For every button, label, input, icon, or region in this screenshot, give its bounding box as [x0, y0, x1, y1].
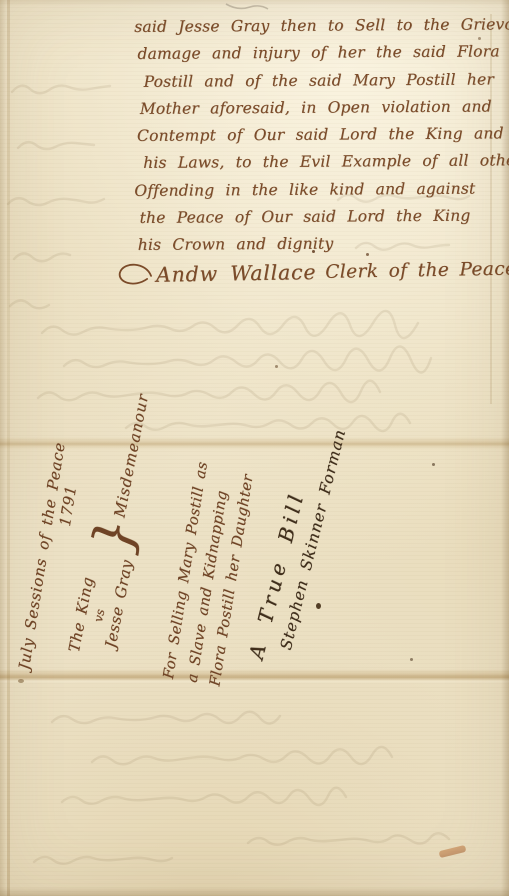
- fold-line-horizontal-lower: [0, 669, 509, 684]
- clerk-signature-name: Andw Wallace: [156, 260, 317, 287]
- docket-session-line: July Sessions of the Peace: [14, 441, 71, 672]
- indictment-line: Offending in the like kind and against: [134, 175, 509, 205]
- ink-speck: [410, 658, 413, 661]
- clerk-signature-title: Clerk of the Peace: [325, 258, 509, 282]
- clerk-signature: Andw Wallace Clerk of the Peace: [114, 252, 509, 291]
- paper-edge-top: [0, 0, 509, 6]
- ink-blot: [316, 603, 321, 609]
- indictment-line: damage and injury of her the said Flora: [137, 38, 509, 68]
- indictment-line: Mother aforesaid, in Open violation and: [140, 93, 509, 123]
- ink-speck: [432, 463, 435, 466]
- docket-charge-type: Misdemeanour: [110, 392, 152, 519]
- signature-flourish-icon: [114, 259, 155, 292]
- document-page: said Jesse Gray then to Sell to the Grie…: [0, 0, 509, 896]
- indictment-line: the Peace of Our said Lord the King: [139, 202, 509, 232]
- indictment-body: said Jesse Gray then to Sell to the Grie…: [0, 11, 509, 260]
- docket-verdict: A True Bill Stephen Skinner Forman: [241, 419, 352, 668]
- rust-stain: [439, 845, 467, 858]
- docket-case-parties: The King vs Jesse Gray: [64, 551, 138, 660]
- indictment-line: Postill and of the said Mary Postill her: [144, 66, 509, 96]
- ink-speck: [275, 365, 278, 368]
- docket-case: The King vs Jesse Gray } Misdemeanour: [64, 388, 171, 661]
- indictment-line: Contempt of Our said Lord the King and: [137, 120, 509, 150]
- indictment-line: his Laws, to the Evil Example of all oth…: [143, 148, 509, 178]
- docket-brace: }: [83, 513, 146, 558]
- paper-edge-bottom: [0, 887, 509, 896]
- indictment-line: said Jesse Gray then to Sell to the Grie…: [134, 11, 509, 41]
- fold-stain: [18, 679, 24, 683]
